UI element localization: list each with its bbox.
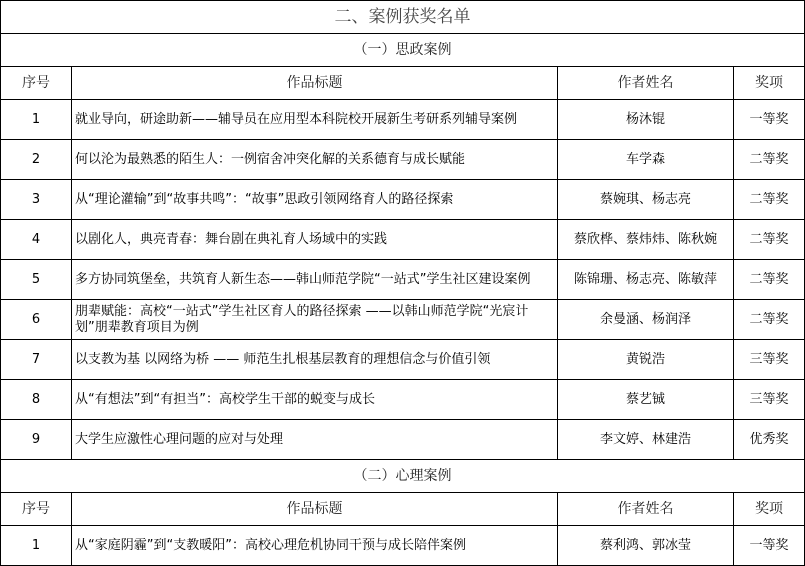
row-title: 多方协同筑堡垒，共筑育人新生态——韩山师范学院“一站式”学生社区建设案例 [72,260,558,300]
column-header-row: 序号 作品标题 作者姓名 奖项 [1,67,805,100]
table-row: 1 从“家庭阴霾”到“支教暖阳”：高校心理危机协同干预与成长陪伴案例 蔡利鸿、郭… [1,526,805,566]
table-row: 7 以支教为基 以网络为桥 —— 师范生扎根基层教育的理想信念与价值引领 黄锐浩… [1,340,805,380]
header-award: 奖项 [734,493,805,526]
row-title: 以支教为基 以网络为桥 —— 师范生扎根基层教育的理想信念与价值引领 [72,340,558,380]
row-award: 三等奖 [734,380,805,420]
header-num: 序号 [1,493,72,526]
row-author: 车学森 [558,140,734,180]
header-title: 作品标题 [72,493,558,526]
row-author: 李文婷、林建浩 [558,420,734,460]
row-num: 4 [1,220,72,260]
row-title: 从“有想法”到“有担当”：高校学生干部的蜕变与成长 [72,380,558,420]
table-row: 2 何以沦为最熟悉的陌生人：一例宿舍冲突化解的关系德育与成长赋能 车学森 二等奖 [1,140,805,180]
row-author: 余曼涵、杨润泽 [558,300,734,340]
row-title: 朋辈赋能：高校“一站式”学生社区育人的路径探索 ——以韩山师范学院“光宸计划”朋… [72,300,558,340]
row-title: 从“家庭阴霾”到“支教暖阳”：高校心理危机协同干预与成长陪伴案例 [72,526,558,566]
row-num: 8 [1,380,72,420]
section-heading-row: （二）心理案例 [1,460,805,493]
row-author: 黄锐浩 [558,340,734,380]
table-row: 4 以剧化人，典亮青春：舞台剧在典礼育人场域中的实践 蔡欣桦、蔡炜炜、陈秋婉 二… [1,220,805,260]
row-award: 二等奖 [734,140,805,180]
row-title: 从“理论灌输”到“故事共鸣”：“故事”思政引领网络育人的路径探索 [72,180,558,220]
row-num: 3 [1,180,72,220]
row-award: 一等奖 [734,100,805,140]
table-row: 9 大学生应激性心理问题的应对与处理 李文婷、林建浩 优秀奖 [1,420,805,460]
document-title: 二、案例获奖名单 [1,1,805,34]
section-heading: （二）心理案例 [1,460,805,493]
section-heading-row: （一）思政案例 [1,34,805,67]
title-row: 二、案例获奖名单 [1,1,805,34]
row-award: 三等奖 [734,340,805,380]
row-num: 2 [1,140,72,180]
row-title: 就业导向，研途助新——辅导员在应用型本科院校开展新生考研系列辅导案例 [72,100,558,140]
row-award: 二等奖 [734,220,805,260]
row-author: 杨沐锟 [558,100,734,140]
row-award: 二等奖 [734,260,805,300]
row-num: 9 [1,420,72,460]
row-num: 6 [1,300,72,340]
row-author: 蔡利鸿、郭冰莹 [558,526,734,566]
row-author: 陈锦珊、杨志亮、陈敏萍 [558,260,734,300]
row-num: 7 [1,340,72,380]
column-header-row: 序号 作品标题 作者姓名 奖项 [1,493,805,526]
table-row: 3 从“理论灌输”到“故事共鸣”：“故事”思政引领网络育人的路径探索 蔡婉琪、杨… [1,180,805,220]
row-num: 5 [1,260,72,300]
row-num: 1 [1,526,72,566]
table-row: 1 就业导向，研途助新——辅导员在应用型本科院校开展新生考研系列辅导案例 杨沐锟… [1,100,805,140]
table-row: 8 从“有想法”到“有担当”：高校学生干部的蜕变与成长 蔡艺铖 三等奖 [1,380,805,420]
row-num: 1 [1,100,72,140]
header-author: 作者姓名 [558,493,734,526]
row-award: 优秀奖 [734,420,805,460]
header-award: 奖项 [734,67,805,100]
table-row: 5 多方协同筑堡垒，共筑育人新生态——韩山师范学院“一站式”学生社区建设案例 陈… [1,260,805,300]
row-award: 二等奖 [734,300,805,340]
section-heading: （一）思政案例 [1,34,805,67]
header-num: 序号 [1,67,72,100]
awards-table: 二、案例获奖名单 （一）思政案例 序号 作品标题 作者姓名 奖项 1 就业导向，… [0,0,805,566]
row-author: 蔡艺铖 [558,380,734,420]
header-author: 作者姓名 [558,67,734,100]
row-award: 一等奖 [734,526,805,566]
table-row: 6 朋辈赋能：高校“一站式”学生社区育人的路径探索 ——以韩山师范学院“光宸计划… [1,300,805,340]
row-title: 何以沦为最熟悉的陌生人：一例宿舍冲突化解的关系德育与成长赋能 [72,140,558,180]
header-title: 作品标题 [72,67,558,100]
row-title: 大学生应激性心理问题的应对与处理 [72,420,558,460]
row-title: 以剧化人，典亮青春：舞台剧在典礼育人场域中的实践 [72,220,558,260]
row-author: 蔡欣桦、蔡炜炜、陈秋婉 [558,220,734,260]
row-award: 二等奖 [734,180,805,220]
row-author: 蔡婉琪、杨志亮 [558,180,734,220]
